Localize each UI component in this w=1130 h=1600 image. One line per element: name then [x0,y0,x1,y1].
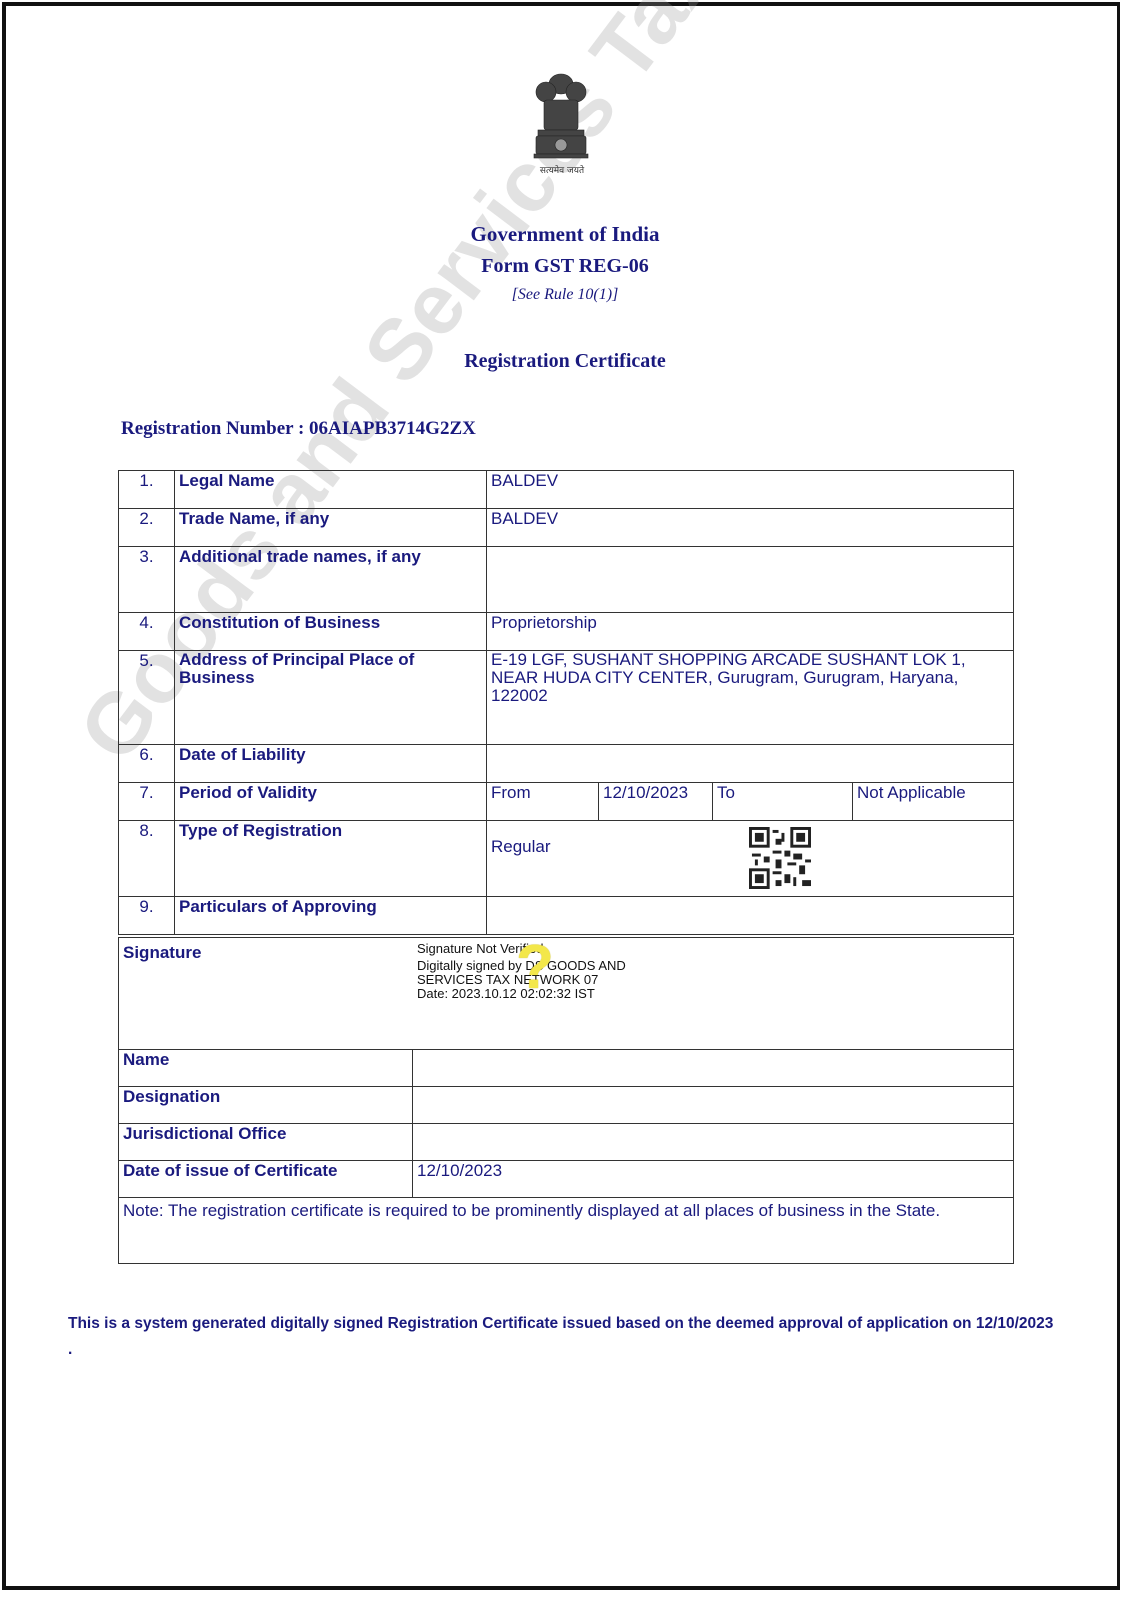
registration-type-label: Type of Registration [175,821,487,897]
qr-code-icon [749,827,811,889]
signature-line-1: Digitally signed by DS GOODS AND [417,959,626,973]
approving-particulars-value [487,897,1014,935]
designation-label: Designation [119,1087,413,1124]
table-row: 1. Legal Name BALDEV [119,471,1014,509]
signature-date: Date: 2023.10.12 02:02:32 IST [417,987,626,1001]
jurisdictional-office-value [413,1124,1014,1161]
registration-number: Registration Number : 06AIAPB3714G2ZX [121,418,476,440]
additional-trade-names-label: Additional trade names, if any [175,547,487,613]
table-row: 6. Date of Liability [119,745,1014,783]
page-title: Registration Certificate [0,350,1130,373]
signature-label: Signature [123,943,201,963]
constitution-value: Proprietorship [487,613,1014,651]
registration-type-value: Regular [491,837,551,857]
row-number: 2. [119,509,175,547]
date-of-liability-value [487,745,1014,783]
constitution-label: Constitution of Business [175,613,487,651]
address-value: E-19 LGF, SUSHANT SHOPPING ARCADE SUSHAN… [487,651,1014,745]
table-row: 8. Type of Registration Regular [119,821,1014,897]
table-row: Jurisdictional Office [119,1124,1014,1161]
issue-date-label: Date of issue of Certificate [119,1161,413,1198]
emblem-motto: सत्यमेव जयते [520,163,604,176]
date-of-liability-label: Date of Liability [175,745,487,783]
signature-row: Signature Signature Not Verified Digital… [119,938,1014,1050]
signature-cell: Signature Signature Not Verified Digital… [119,938,1014,1050]
details-table: 1. Legal Name BALDEV 2. Trade Name, if a… [118,470,1014,935]
additional-trade-names-value [487,547,1014,613]
signature-block: Signature Not Verified Digitally signed … [417,942,626,1001]
note-text: Note: The registration certificate is re… [119,1198,1014,1264]
header-rule: [See Rule 10(1)] [0,286,1130,304]
row-number: 5. [119,651,175,745]
note-row: Note: The registration certificate is re… [119,1198,1014,1264]
row-number: 9. [119,897,175,935]
table-row: 7. Period of Validity From 12/10/2023 To… [119,783,1014,821]
registration-type-cell: Regular [487,821,1014,897]
registration-label: Registration Number : [121,418,304,439]
signature-table: Signature Signature Not Verified Digital… [118,937,1014,1264]
signature-status: Signature Not Verified [417,942,626,956]
signature-line-2: SERVICES TAX NETWORK 07 [417,973,626,987]
header-government: Government of India [0,222,1130,247]
registration-value: 06AIAPB3714G2ZX [309,418,476,439]
table-row: Date of issue of Certificate 12/10/2023 [119,1161,1014,1198]
name-label: Name [119,1050,413,1087]
address-label: Address of Principal Place of Business [175,651,487,745]
validity-label: Period of Validity [175,783,487,821]
header-form: Form GST REG-06 [0,255,1130,278]
row-number: 6. [119,745,175,783]
validity-from-value: 12/10/2023 [599,783,713,821]
validity-to-label: To [713,783,853,821]
table-row: 9. Particulars of Approving [119,897,1014,935]
national-emblem-icon [526,66,596,176]
trade-name-value: BALDEV [487,509,1014,547]
table-row: Name [119,1050,1014,1087]
legal-name-value: BALDEV [487,471,1014,509]
row-number: 1. [119,471,175,509]
row-number: 3. [119,547,175,613]
table-row: 4. Constitution of Business Proprietorsh… [119,613,1014,651]
approving-particulars-label: Particulars of Approving [175,897,487,935]
trade-name-label: Trade Name, if any [175,509,487,547]
table-row: 2. Trade Name, if any BALDEV [119,509,1014,547]
jurisdictional-office-label: Jurisdictional Office [119,1124,413,1161]
row-number: 8. [119,821,175,897]
issue-date-value: 12/10/2023 [413,1161,1014,1198]
footer-statement: This is a system generated digitally sig… [68,1311,1058,1363]
table-row: 3. Additional trade names, if any [119,547,1014,613]
row-number: 7. [119,783,175,821]
table-row: Designation [119,1087,1014,1124]
validity-to-value: Not Applicable [853,783,1014,821]
legal-name-label: Legal Name [175,471,487,509]
validity-from-label: From [487,783,599,821]
name-value [413,1050,1014,1087]
designation-value [413,1087,1014,1124]
row-number: 4. [119,613,175,651]
table-row: 5. Address of Principal Place of Busines… [119,651,1014,745]
